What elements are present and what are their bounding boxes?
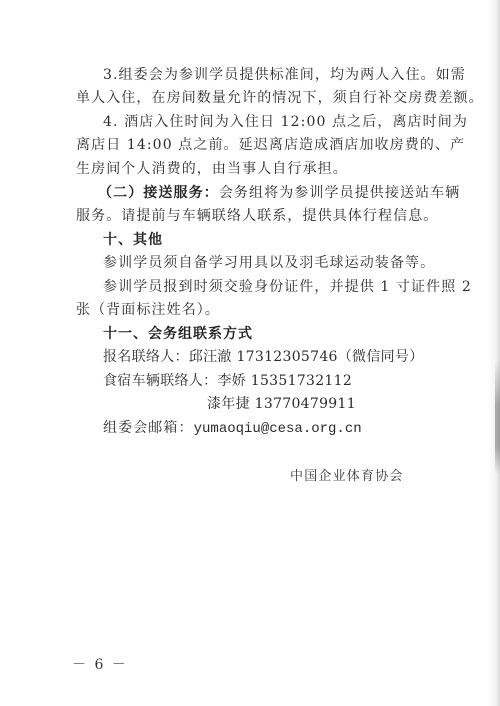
section-10-line-1: 参训学员须自备学习用具以及羽毛球运动装备等。: [103, 254, 453, 272]
section-11-heading: 十一、会务组联系方式: [103, 325, 453, 343]
paragraph-4-line-3: 生房间个人消费的，由当事人自行承担。: [76, 160, 426, 178]
email-label: 组委会邮箱：: [103, 420, 194, 436]
page-edge-shadow-dark: [495, 360, 500, 475]
paragraph-4-line-1: 4. 酒店入住时间为入住日 12:00 点之后，离店时间为: [103, 113, 453, 131]
page-edge-shadow: [488, 0, 500, 706]
page-number: － 6 －: [72, 654, 128, 674]
section-10-line-3: 张（背面标注姓名）。: [76, 301, 426, 319]
shuttle-service-label: （二）接送服务：: [98, 185, 219, 201]
shuttle-service-line-2: 服务。请提前与车辆联络人联系，提供具体行程信息。: [76, 207, 426, 225]
lodging-contact-2: 漆年捷 13770479911: [207, 395, 500, 413]
shuttle-service-text: 会务组将为参训学员提供接送站车辆: [219, 185, 461, 201]
paragraph-3-line-1: 3.组委会为参训学员提供标准间，均为两人入住。如需: [103, 66, 453, 84]
paragraph-3-line-2: 单人入住，在房间数量允许的情况下，须自行补交房费差额。: [76, 89, 426, 107]
section-10-heading: 十、其他: [103, 231, 453, 249]
registration-contact: 报名联络人：邱汪澈 17312305746（微信同号）: [103, 348, 453, 366]
paragraph-4-line-2: 离店日 14:00 点之前。延迟离店造成酒店加收房费的、产: [76, 136, 426, 154]
email-address: yumaoqiu@cesa.org.cn: [194, 421, 362, 437]
shuttle-service-line-1: （二）接送服务：会务组将为参训学员提供接送站车辆: [98, 184, 426, 202]
signature-organization: 中国企业体育协会: [290, 465, 404, 484]
section-10-line-2: 参训学员报到时须交验身份证件，并提供 1 寸证件照 2: [103, 278, 425, 296]
document-page: 3.组委会为参训学员提供标准间，均为两人入住。如需 单人入住，在房间数量允许的情…: [0, 0, 500, 706]
lodging-contact-1: 食宿车辆联络人：李娇 15351732112: [103, 372, 453, 390]
email-line: 组委会邮箱：yumaoqiu@cesa.org.cn: [103, 419, 453, 437]
